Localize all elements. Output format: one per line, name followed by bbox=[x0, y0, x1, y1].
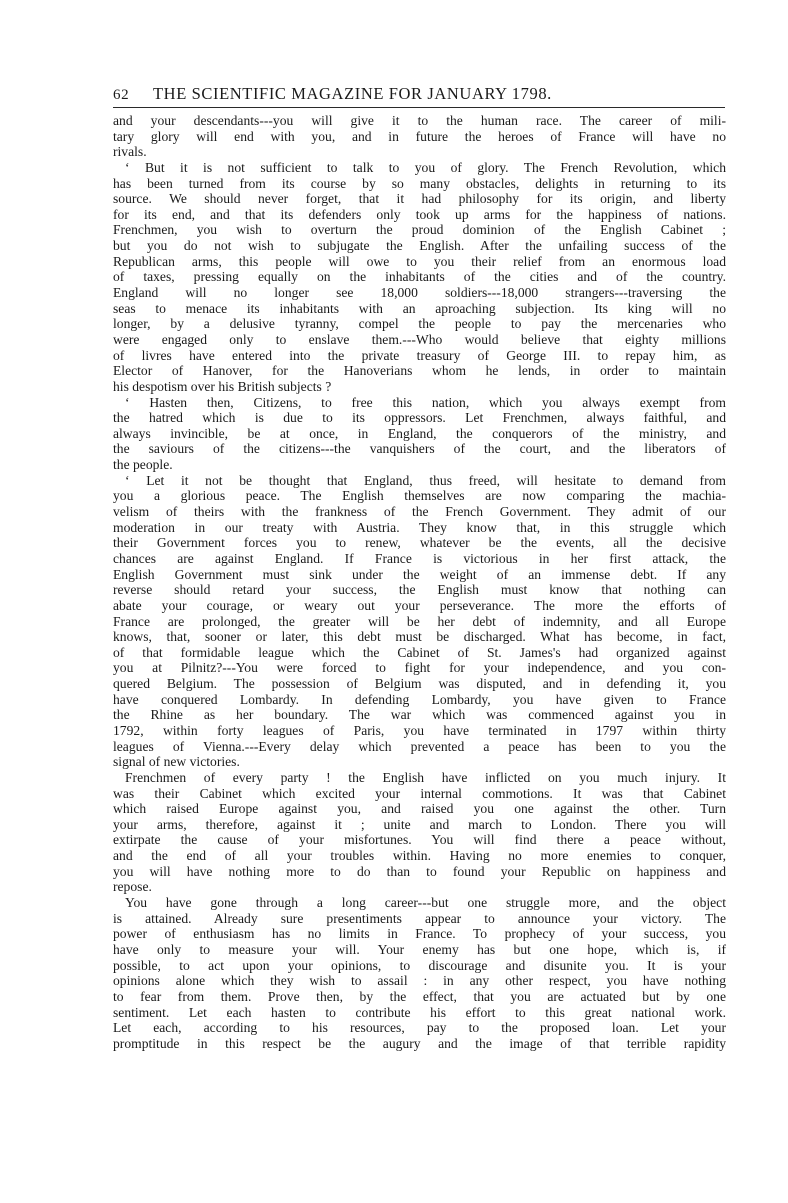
text-line: Elector of Hanover, for the Hanoverians … bbox=[113, 363, 726, 379]
text-line: possible, to act upon your opinions, to … bbox=[113, 958, 726, 974]
text-line: quered Belgium. The possession of Belgiu… bbox=[113, 676, 726, 692]
text-line: ‘ Hasten then, Citizens, to free this na… bbox=[113, 395, 726, 411]
text-line: sentiment. Let each hasten to contribute… bbox=[113, 1005, 726, 1021]
page-header: 62 THE SCIENTIFIC MAGAZINE FOR JANUARY 1… bbox=[113, 84, 726, 104]
text-line: have conquered Lombardy. In defending Lo… bbox=[113, 692, 726, 708]
text-line: 1792, within forty leagues of Paris, you… bbox=[113, 723, 726, 739]
text-line: seas to menace its inhabitants with an a… bbox=[113, 301, 726, 317]
text-line: Frenchmen, you wish to overturn the prou… bbox=[113, 222, 726, 238]
text-line: of livres have entered into the private … bbox=[113, 348, 726, 364]
text-line: ‘ Let it not be thought that England, th… bbox=[113, 473, 726, 489]
text-line: which raised Europe against you, and rai… bbox=[113, 801, 726, 817]
running-title: THE SCIENTIFIC MAGAZINE FOR JANUARY 1798… bbox=[153, 84, 726, 104]
text-line: power of enthusiasm has no limits in Fra… bbox=[113, 926, 726, 942]
text-line: France are prolonged, the greater will b… bbox=[113, 614, 726, 630]
text-line: the people. bbox=[113, 457, 726, 473]
text-line: promptitude in this respect be the augur… bbox=[113, 1036, 726, 1052]
text-line: Frenchmen of every party ! the English h… bbox=[113, 770, 726, 786]
text-line: the hatred which is due to its oppressor… bbox=[113, 410, 726, 426]
text-line: is attained. Already sure presentiments … bbox=[113, 911, 726, 927]
text-line: chances are against England. If France i… bbox=[113, 551, 726, 567]
text-line: Let each, according to his resources, pa… bbox=[113, 1020, 726, 1036]
text-line: you at Pilnitz?---You were forced to fig… bbox=[113, 660, 726, 676]
text-line: opinions alone which they wish to assail… bbox=[113, 973, 726, 989]
text-line: abate your courage, or weary out your pe… bbox=[113, 598, 726, 614]
text-line: were engaged only to enslave them.---Who… bbox=[113, 332, 726, 348]
text-line: to fear from them. Prove then, by the ef… bbox=[113, 989, 726, 1005]
text-line: leagues of Vienna.---Every delay which p… bbox=[113, 739, 726, 755]
magazine-page: 62 THE SCIENTIFIC MAGAZINE FOR JANUARY 1… bbox=[113, 84, 726, 1051]
text-line: the Rhine as her boundary. The war which… bbox=[113, 707, 726, 723]
text-line: velism of theirs with the frankness of t… bbox=[113, 504, 726, 520]
text-line: their Government forces you to renew, wh… bbox=[113, 535, 726, 551]
text-line: rivals. bbox=[113, 144, 726, 160]
text-line: moderation in our treaty with Austria. T… bbox=[113, 520, 726, 536]
header-rule bbox=[113, 107, 725, 108]
text-line: his despotism over his British subjects … bbox=[113, 379, 726, 395]
text-line: your arms, therefore, against it ; unite… bbox=[113, 817, 726, 833]
text-line: ‘ But it is not sufficient to talk to yo… bbox=[113, 160, 726, 176]
text-line: for its end, and that its defenders only… bbox=[113, 207, 726, 223]
text-line: source. We should never forget, that it … bbox=[113, 191, 726, 207]
text-line: English Government must sink under the w… bbox=[113, 567, 726, 583]
text-line: and your descendants---you will give it … bbox=[113, 113, 726, 129]
text-line: of taxes, pressing equally on the inhabi… bbox=[113, 269, 726, 285]
text-line: extirpate the cause of your misfortunes.… bbox=[113, 832, 726, 848]
text-line: Republican arms, this people will owe to… bbox=[113, 254, 726, 270]
text-line: you will have nothing more to do than to… bbox=[113, 864, 726, 880]
text-line: you a glorious peace. The English themse… bbox=[113, 488, 726, 504]
text-line: the saviours of the citizens---the vanqu… bbox=[113, 441, 726, 457]
page-number: 62 bbox=[113, 87, 153, 104]
text-line: of that formidable league which the Cabi… bbox=[113, 645, 726, 661]
body-text: and your descendants---you will give it … bbox=[113, 113, 726, 1051]
text-line: and the end of all your troubles within.… bbox=[113, 848, 726, 864]
text-line: repose. bbox=[113, 879, 726, 895]
text-line: but you do not wish to subjugate the Eng… bbox=[113, 238, 726, 254]
text-line: reverse should retard your success, the … bbox=[113, 582, 726, 598]
text-line: You have gone through a long career---bu… bbox=[113, 895, 726, 911]
text-line: England will no longer see 18,000 soldie… bbox=[113, 285, 726, 301]
text-line: tary glory will end with you, and in fut… bbox=[113, 129, 726, 145]
text-line: have only to measure your will. Your ene… bbox=[113, 942, 726, 958]
text-line: signal of new victories. bbox=[113, 754, 726, 770]
text-line: was their Cabinet which excited your int… bbox=[113, 786, 726, 802]
text-line: always invincible, be at once, in Englan… bbox=[113, 426, 726, 442]
text-line: longer, by a delusive tyranny, compel th… bbox=[113, 316, 726, 332]
text-line: has been turned from its course by so ma… bbox=[113, 176, 726, 192]
text-line: knows, that, sooner or later, this debt … bbox=[113, 629, 726, 645]
